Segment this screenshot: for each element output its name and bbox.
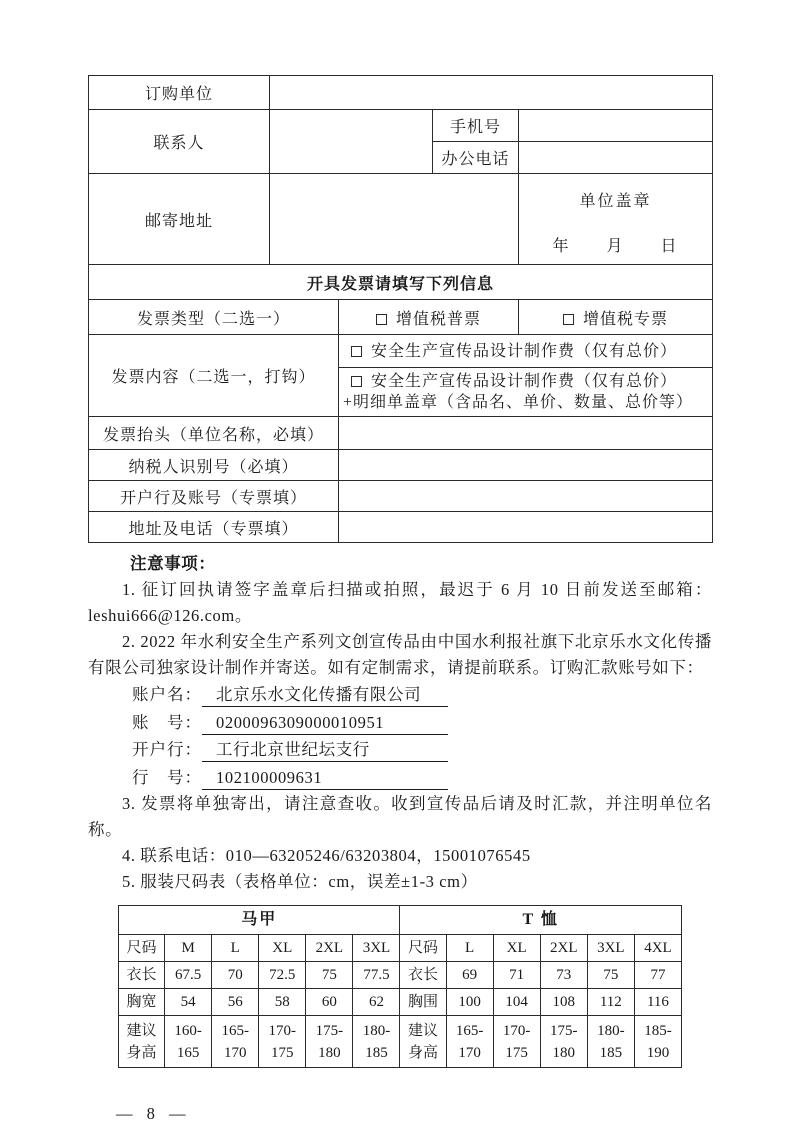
notes-section: 注意事项： 1. 征订回执请签字盖章后扫描或拍照，最迟于 6 月 10 日前发送… xyxy=(88,551,712,895)
tshirt-chest-header: 胸围 xyxy=(400,989,446,1016)
invoice-content-option-1[interactable]: 安全生产宣传品设计制作费（仅有总价） xyxy=(339,335,713,368)
checkbox-icon[interactable] xyxy=(563,314,574,325)
vest-size-header: 尺码 xyxy=(119,935,165,962)
invoice-type-option-special-label: 增值税专票 xyxy=(583,311,668,328)
office-phone-label: 办公电话 xyxy=(433,142,519,174)
tshirt-length-cell: 75 xyxy=(587,962,634,989)
height-row: 建议身高 160-165 165-170 170-175 175-180 180… xyxy=(119,1016,682,1068)
tshirt-size-cell: 3XL xyxy=(587,935,634,962)
invoice-content-option-1-label: 安全生产宣传品设计制作费（仅有总价） xyxy=(371,343,677,360)
vest-length-cell: 75 xyxy=(306,962,353,989)
invoice-type-row: 发票类型（二选一） 增值税普票 增值税专票 xyxy=(89,300,713,335)
tshirt-height-cell: 165-170 xyxy=(446,1016,493,1068)
note-item-4: 4. 联系电话：010—63205246/63203804，1500107654… xyxy=(88,843,712,869)
invoice-section-header-row: 开具发票请填写下列信息 xyxy=(89,265,713,300)
page-content: 订购单位 联系人 手机号 办公电话 邮寄地址 单位盖章 xyxy=(88,75,712,1124)
invoice-content-option-2[interactable]: 安全生产宣传品设计制作费（仅有总价） +明细单盖章（含品名、单价、数量、总价等） xyxy=(339,368,713,417)
taxpayer-id-label: 纳税人识别号（必填） xyxy=(89,450,339,481)
bank-account-number-label: 账 号： xyxy=(132,713,202,732)
size-table: 马甲 T 恤 尺码 M L XL 2XL 3XL 尺码 L XL 2XL 3XL… xyxy=(118,905,682,1068)
note-item-2: 2. 2022 年水利安全生产系列文创宣传品由中国水利报社旗下北京乐水文化传播有… xyxy=(88,629,712,681)
ordering-unit-row: 订购单位 xyxy=(89,76,713,110)
vest-length-header: 衣长 xyxy=(119,962,165,989)
tshirt-size-cell: XL xyxy=(493,935,540,962)
invoice-content-row-1: 发票内容（二选一，打钩） 安全生产宣传品设计制作费（仅有总价） xyxy=(89,335,713,368)
seal-date-line: 年 月 日 xyxy=(521,233,710,256)
bank-account-input-cell[interactable] xyxy=(339,481,713,512)
page-number: — 8 — xyxy=(116,1104,712,1124)
tshirt-chest-cell: 104 xyxy=(493,989,540,1016)
vest-height-cell: 175-180 xyxy=(306,1016,353,1068)
ordering-unit-input-cell[interactable] xyxy=(270,76,713,110)
mobile-label: 手机号 xyxy=(433,110,519,142)
note-item-5: 5. 服装尺码表（表格单位：cm，误差±1-3 cm） xyxy=(88,869,712,895)
contact-row: 联系人 手机号 xyxy=(89,110,713,142)
invoice-type-option-special[interactable]: 增值税专票 xyxy=(519,300,713,335)
document-page: 订购单位 联系人 手机号 办公电话 邮寄地址 单位盖章 xyxy=(0,0,800,1131)
invoice-title-input-cell[interactable] xyxy=(339,417,713,450)
unit-seal-label: 单位盖章 xyxy=(521,188,710,211)
tshirt-length-cell: 73 xyxy=(540,962,587,989)
bank-account-name-line: 账户名：北京乐水文化传播有限公司 xyxy=(88,681,712,709)
vest-height-cell: 170-175 xyxy=(259,1016,306,1068)
vest-chest-cell: 54 xyxy=(165,989,212,1016)
size-row: 尺码 M L XL 2XL 3XL 尺码 L XL 2XL 3XL 4XL xyxy=(119,935,682,962)
vest-size-cell: M xyxy=(165,935,212,962)
tshirt-length-header: 衣长 xyxy=(400,962,446,989)
bank-code-label: 行 号： xyxy=(132,768,202,787)
vest-length-cell: 67.5 xyxy=(165,962,212,989)
tshirt-height-cell: 185-190 xyxy=(634,1016,681,1068)
address-phone-row: 地址及电话（专票填） xyxy=(89,512,713,543)
invoice-content-option-2-extra: +明细单盖章（含品名、单价、数量、总价等） xyxy=(343,392,710,413)
chest-row: 胸宽 54 56 58 60 62 胸围 100 104 108 112 116 xyxy=(119,989,682,1016)
tshirt-height-cell: 175-180 xyxy=(540,1016,587,1068)
bank-code-value: 102100009631 xyxy=(202,768,448,790)
address-phone-input-cell[interactable] xyxy=(339,512,713,543)
invoice-content-option-2-label: 安全生产宣传品设计制作费（仅有总价） xyxy=(371,373,677,390)
length-row: 衣长 67.5 70 72.5 75 77.5 衣长 69 71 73 75 7… xyxy=(119,962,682,989)
office-phone-input-cell[interactable] xyxy=(519,142,713,174)
checkbox-icon[interactable] xyxy=(376,314,387,325)
notes-title: 注意事项： xyxy=(130,551,712,577)
vest-length-cell: 77.5 xyxy=(353,962,400,989)
tshirt-length-cell: 77 xyxy=(634,962,681,989)
mailing-address-input-cell[interactable] xyxy=(270,174,519,265)
invoice-type-label: 发票类型（二选一） xyxy=(89,300,339,335)
mobile-input-cell[interactable] xyxy=(519,110,713,142)
bank-account-label: 开户行及账号（专票填） xyxy=(89,481,339,512)
invoice-type-option-general[interactable]: 增值税普票 xyxy=(339,300,519,335)
invoice-content-label: 发票内容（二选一，打钩） xyxy=(89,335,339,417)
checkbox-icon[interactable] xyxy=(351,376,362,387)
bank-branch-line: 开户行：工行北京世纪坛支行 xyxy=(88,736,712,764)
taxpayer-id-row: 纳税人识别号（必填） xyxy=(89,450,713,481)
tshirt-size-cell: L xyxy=(446,935,493,962)
contact-label: 联系人 xyxy=(89,110,270,174)
vest-chest-header: 胸宽 xyxy=(119,989,165,1016)
taxpayer-id-input-cell[interactable] xyxy=(339,450,713,481)
tshirt-height-header: 建议身高 xyxy=(400,1016,446,1068)
bank-account-row: 开户行及账号（专票填） xyxy=(89,481,713,512)
tshirt-title: T 恤 xyxy=(400,906,682,935)
vest-chest-cell: 58 xyxy=(259,989,306,1016)
invoice-title-row: 发票抬头（单位名称，必填） xyxy=(89,417,713,450)
tshirt-chest-cell: 100 xyxy=(446,989,493,1016)
vest-chest-cell: 60 xyxy=(306,989,353,1016)
bank-branch-label: 开户行： xyxy=(132,740,202,759)
tshirt-size-cell: 2XL xyxy=(540,935,587,962)
vest-height-cell: 165-170 xyxy=(212,1016,259,1068)
vest-size-cell: L xyxy=(212,935,259,962)
tshirt-height-cell: 180-185 xyxy=(587,1016,634,1068)
contact-name-input-cell[interactable] xyxy=(270,110,433,174)
invoice-type-option-general-label: 增值税普票 xyxy=(396,311,481,328)
invoice-section-title: 开具发票请填写下列信息 xyxy=(89,265,713,300)
vest-height-header: 建议身高 xyxy=(119,1016,165,1068)
bank-code-line: 行 号：102100009631 xyxy=(88,764,712,792)
bank-branch-value: 工行北京世纪坛支行 xyxy=(202,740,448,762)
bank-account-name-label: 账户名： xyxy=(132,685,202,704)
tshirt-length-cell: 71 xyxy=(493,962,540,989)
tshirt-length-cell: 69 xyxy=(446,962,493,989)
invoice-title-label: 发票抬头（单位名称，必填） xyxy=(89,417,339,450)
ordering-unit-label: 订购单位 xyxy=(89,76,270,110)
bank-account-number-value: 0200096309000010951 xyxy=(202,713,448,735)
bank-account-name-value: 北京乐水文化传播有限公司 xyxy=(202,685,448,707)
note-item-3: 3. 发票将单独寄出，请注意查收。收到宣传品后请及时汇款，并注明单位名称。 xyxy=(88,791,712,843)
vest-size-cell: 2XL xyxy=(306,935,353,962)
size-table-header-row: 马甲 T 恤 xyxy=(119,906,682,935)
tshirt-size-header: 尺码 xyxy=(400,935,446,962)
address-phone-label: 地址及电话（专票填） xyxy=(89,512,339,543)
vest-height-cell: 180-185 xyxy=(353,1016,400,1068)
mailing-address-label: 邮寄地址 xyxy=(89,174,270,265)
vest-size-cell: 3XL xyxy=(353,935,400,962)
vest-height-cell: 160-165 xyxy=(165,1016,212,1068)
order-form-table: 订购单位 联系人 手机号 办公电话 邮寄地址 单位盖章 xyxy=(88,75,713,543)
unit-seal-cell[interactable]: 单位盖章 年 月 日 xyxy=(519,174,713,265)
note-item-1: 1. 征订回执请签字盖章后扫描或拍照，最迟于 6 月 10 日前发送至邮箱：le… xyxy=(88,577,712,629)
vest-title: 马甲 xyxy=(119,906,400,935)
tshirt-height-cell: 170-175 xyxy=(493,1016,540,1068)
bank-account-number-line: 账 号：0200096309000010951 xyxy=(88,709,712,737)
tshirt-chest-cell: 116 xyxy=(634,989,681,1016)
vest-length-cell: 70 xyxy=(212,962,259,989)
tshirt-chest-cell: 108 xyxy=(540,989,587,1016)
tshirt-chest-cell: 112 xyxy=(587,989,634,1016)
mailing-address-row: 邮寄地址 单位盖章 年 月 日 xyxy=(89,174,713,265)
vest-chest-cell: 56 xyxy=(212,989,259,1016)
vest-size-cell: XL xyxy=(259,935,306,962)
checkbox-icon[interactable] xyxy=(351,346,362,357)
tshirt-size-cell: 4XL xyxy=(634,935,681,962)
vest-length-cell: 72.5 xyxy=(259,962,306,989)
vest-chest-cell: 62 xyxy=(353,989,400,1016)
